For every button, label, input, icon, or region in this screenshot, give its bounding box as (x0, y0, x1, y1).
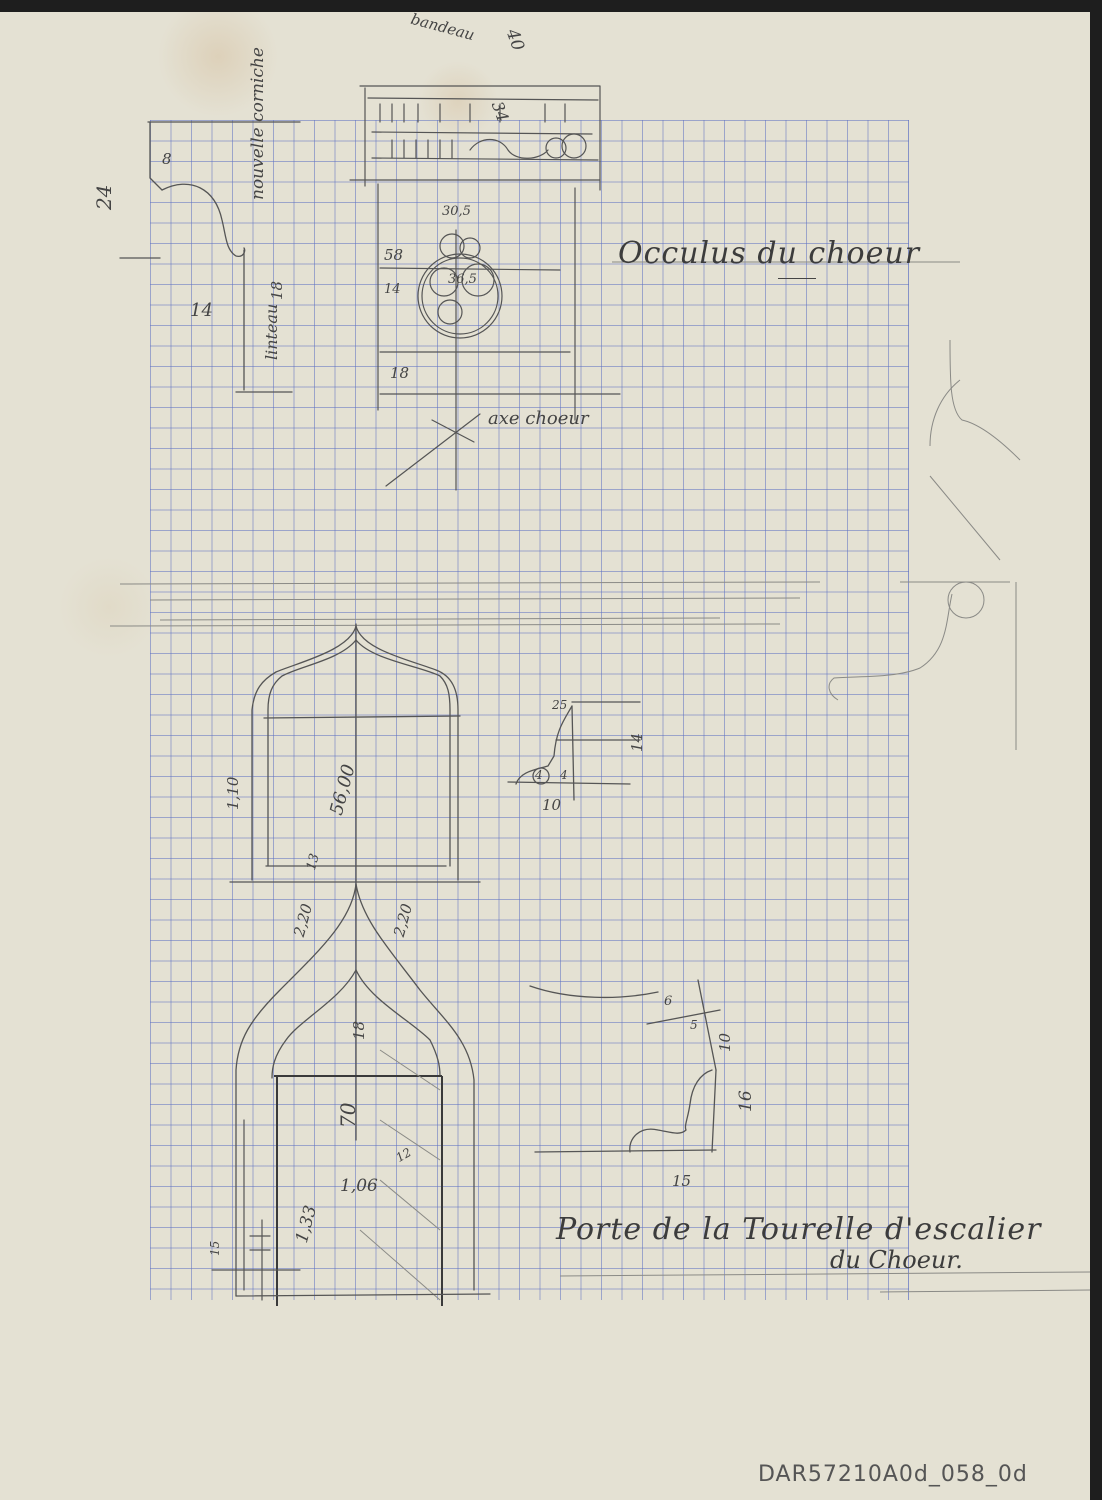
dim-door-profile-top: 6 (664, 994, 672, 1009)
dim-oculus-outer: 30,5 (442, 204, 471, 219)
corbel-sketch (829, 340, 1020, 750)
dim-door-center: 70 (336, 1103, 360, 1128)
title-rules (560, 262, 1090, 1292)
dim-door-profile-lower: 16 (736, 1090, 756, 1112)
dim-oculus-below: 18 (390, 364, 409, 382)
oculus-drawing (380, 230, 620, 490)
title-door-line1: Porte de la Tourelle d'escalier (556, 1212, 1041, 1247)
dim-oculus-left-a: 58 (384, 246, 403, 264)
door-elevation (236, 880, 474, 1296)
dim-door-profile-mid: 5 (690, 1018, 698, 1032)
dim-cornice-lower: 14 (190, 300, 213, 321)
dim-cornice-top: 8 (162, 150, 172, 168)
dim-profile-bottom: 10 (542, 796, 561, 814)
dim-window-height: 1,10 (224, 777, 242, 810)
dim-oculus-inner: 36,5 (448, 272, 477, 287)
pencil-drawing (0, 0, 1102, 1500)
dim-door-profile-side: 10 (716, 1033, 734, 1052)
title-underline (778, 278, 816, 279)
dim-profile-side: 14 (628, 733, 646, 752)
title-door-line2: du Choeur. (830, 1246, 963, 1274)
dim-door-width: 1,06 (340, 1176, 378, 1196)
dim-profile-circle: 4 (535, 768, 543, 782)
dim-profile-top: 25 (552, 698, 567, 712)
upper-window-arch (230, 624, 480, 882)
call-number: DAR57210A0d_058_0d (758, 1462, 1028, 1487)
dim-door-profile-base: 15 (672, 1172, 691, 1190)
construction-lines (110, 582, 820, 626)
door-hatching (360, 1050, 440, 1300)
dim-cornice-lintel: 18 (268, 281, 286, 300)
title-oculus: Occulus du choeur (618, 236, 920, 271)
label-linteau: linteau (262, 304, 281, 360)
door-profile-drawing (530, 980, 720, 1152)
upper-profile-drawing (508, 702, 640, 800)
label-nouvelle-corniche: nouvelle corniche (248, 47, 268, 200)
dim-profile-small: 4 (560, 768, 568, 782)
dim-oculus-left-b: 14 (384, 282, 401, 297)
label-axe-choeur: axe choeur (488, 408, 589, 429)
dim-cornice-height: 24 (92, 185, 116, 210)
dim-door-arch: 18 (350, 1021, 368, 1040)
door-jamb-profile (212, 1120, 490, 1300)
dim-door-base: 15 (208, 1241, 222, 1256)
